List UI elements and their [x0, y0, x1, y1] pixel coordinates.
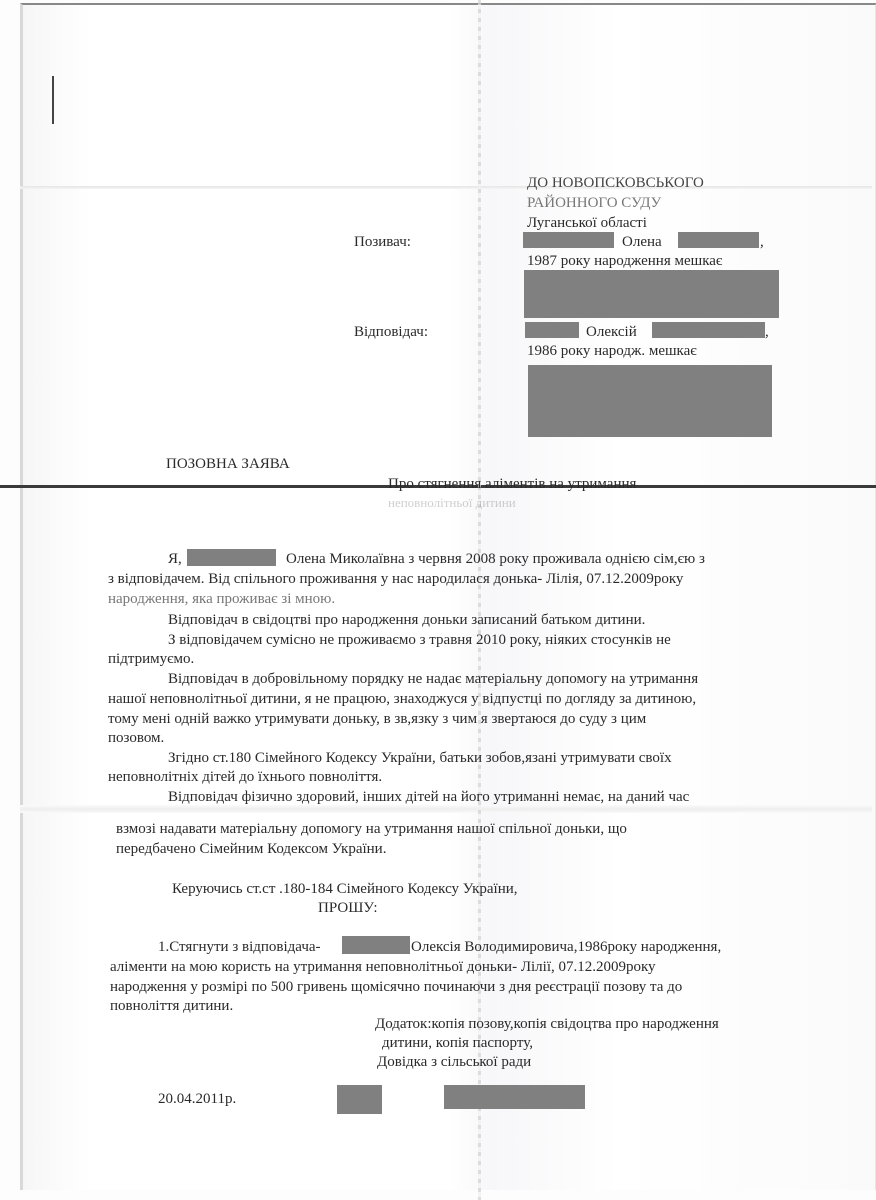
body-text: передбачено Сімейним Кодексом України. [116, 840, 386, 858]
attachments: Додаток:копія позову,копія свідоцтва про… [375, 1015, 719, 1033]
redaction [342, 936, 410, 954]
request-item: Олексія Володимировича,1986року народжен… [411, 938, 721, 956]
body-text: Відповідач в свідоцтві про народження до… [168, 611, 645, 629]
plaintiff-birth: 1987 року народження мешкає [527, 252, 722, 270]
body-text: тому мені одній важко утримувати доньку,… [108, 710, 646, 728]
body-text: народження, яка проживає зі мною. [108, 590, 335, 608]
redaction-address [528, 365, 772, 437]
attachments: дитини, копія паспорту, [382, 1034, 533, 1052]
comma: , [765, 323, 769, 341]
attachments: Довідка з сільської ради [377, 1053, 531, 1071]
request-item: аліменти на мою користь на утримання неп… [110, 958, 656, 976]
body-text: Олена Миколаївна з червня 2008 року прож… [286, 550, 705, 568]
redaction [678, 232, 759, 248]
body-text: Згідно ст.180 Сімейного Кодексу України,… [168, 749, 672, 767]
request-item: повноліття дитини. [110, 997, 233, 1015]
redaction-address [524, 270, 779, 318]
redaction [187, 549, 276, 566]
body-text: нашої неповнолітньої дитини, я не працюю… [108, 690, 696, 708]
date: 20.04.2011р. [158, 1090, 236, 1108]
body-text: позовом. [108, 729, 164, 747]
body-text: З відповідачем сумісно не проживаємо з т… [168, 631, 671, 649]
court-name-line2: РАЙОННОГО СУДУ [527, 194, 661, 212]
body-text: Відповідач в добровільному порядку не на… [168, 670, 698, 688]
defendant-name: Олексій [586, 323, 637, 341]
margin-mark [52, 76, 54, 124]
court-region: Луганської області [527, 214, 647, 232]
body-text: з відповідачем. Від спільного проживання… [108, 570, 683, 588]
redaction [652, 322, 765, 338]
plaintiff-name: Олена [622, 233, 662, 251]
defendant-label: Відповідач: [354, 323, 428, 341]
comma: , [760, 233, 764, 251]
redaction-signature [337, 1085, 382, 1114]
body-text: підтримуємо. [108, 650, 194, 668]
redaction [525, 322, 579, 338]
redaction [523, 232, 614, 248]
fold-line [20, 805, 872, 813]
body-text: Я, [168, 550, 182, 568]
body-text: взмозі надавати матеріальну допомогу на … [116, 820, 627, 838]
document-title: ПОЗОВНА ЗАЯВА [166, 455, 290, 473]
subject-line-obscured: неповнолітньої дитини [388, 494, 516, 512]
plaintiff-label: Позивач: [354, 233, 411, 251]
body-text: Відповідач фізично здоровий, інших дітей… [168, 788, 689, 806]
request-basis: Керуючись ст.ст .180-184 Сімейного Кодек… [172, 880, 518, 898]
redaction-name [444, 1085, 585, 1109]
body-text: неповнолітніх дітей до їхнього повнолітт… [108, 768, 382, 786]
request-heading: ПРОШУ: [318, 899, 378, 917]
subject-line: Про стягнення аліментів на утримання [388, 475, 636, 493]
defendant-birth: 1986 року народж. мешкає [527, 342, 697, 360]
request-item: 1.Стягнути з відповідача- [158, 938, 321, 956]
request-item: народження у розмірі по 500 гривень щомі… [110, 978, 682, 996]
fold-line [20, 186, 872, 189]
court-name-line1: ДО НОВОПСКОВСЬКОГО [527, 174, 704, 192]
